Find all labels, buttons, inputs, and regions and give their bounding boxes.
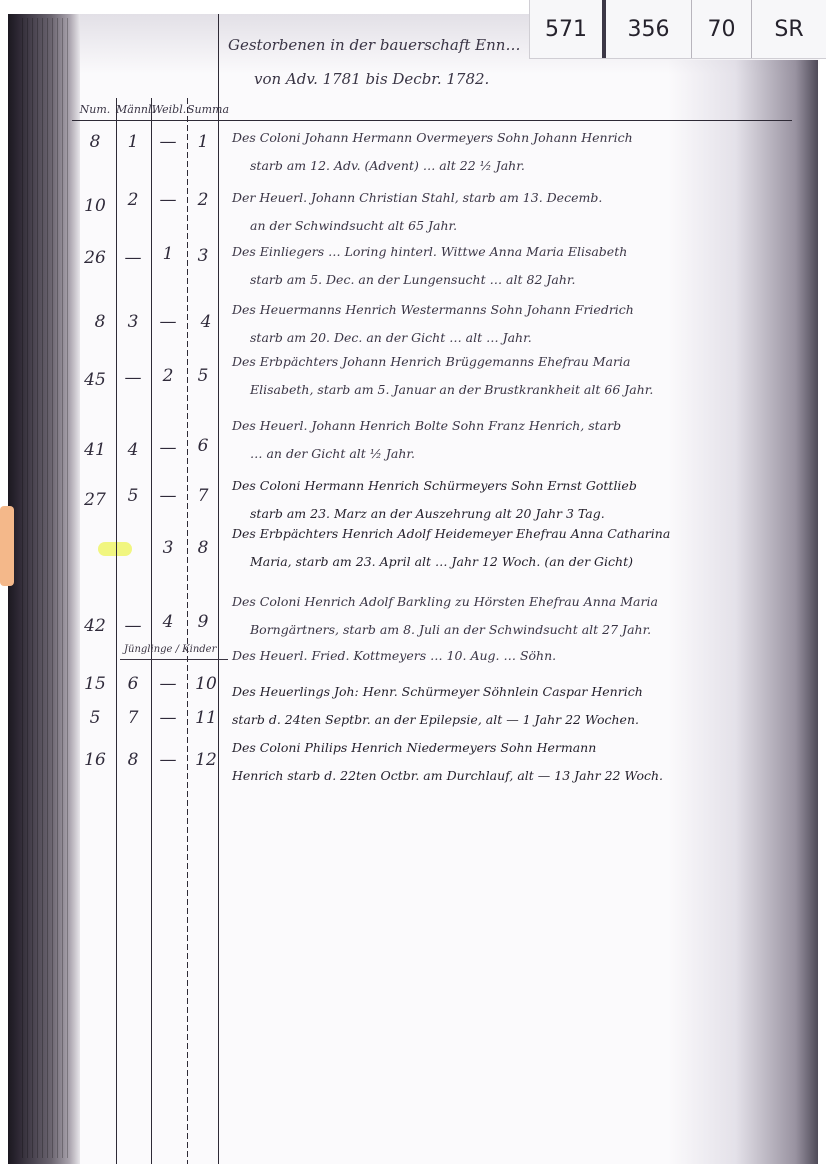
orange-sticky-tab <box>0 506 14 586</box>
row-summa: 10 <box>186 674 226 694</box>
row-weiber: — <box>148 190 188 210</box>
row-num: 45 <box>75 370 115 390</box>
row-weiber: 4 <box>148 612 188 632</box>
entry-line-2: Henrich starb d. 22ten Octbr. am Durchla… <box>232 762 792 790</box>
title-line-2: von Adv. 1781 bis Decbr. 1782. <box>228 62 568 96</box>
archive-tab-2: 356 <box>606 0 692 58</box>
row-summa: 3 <box>183 246 223 266</box>
row-num: 15 <box>75 674 115 694</box>
row-num: 5 <box>75 708 115 728</box>
row-summa: 9 <box>183 612 223 632</box>
entry-line-2: starb d. 24ten Septbr. an der Epilepsie,… <box>232 706 792 734</box>
register-entry: Des Erbpächters Johann Henrich Brüggeman… <box>232 348 792 404</box>
register-entry: Des Heuerl. Johann Henrich Bolte Sohn Fr… <box>232 412 792 468</box>
column-header-weiber: Weibl. <box>151 100 187 120</box>
entry-line-2: Elisabeth, starb am 5. Januar an der Bru… <box>232 376 792 404</box>
entry-line-1: Des Coloni Philips Henrich Niedermeyers … <box>232 734 792 762</box>
row-maenner: 3 <box>113 312 153 332</box>
entry-line-2: starb am 5. Dec. an der Lungensucht … al… <box>232 266 792 294</box>
row-num: 8 <box>75 132 115 152</box>
row-summa: 6 <box>183 436 223 456</box>
row-weiber: — <box>148 750 188 770</box>
entry-line-1: Des Erbpächters Johann Henrich Brüggeman… <box>232 348 792 376</box>
row-weiber: 3 <box>148 538 188 558</box>
row-maenner: — <box>113 616 153 636</box>
column-rule-summa <box>218 120 219 1164</box>
row-num: 27 <box>75 490 115 510</box>
row-summa: 4 <box>186 312 226 332</box>
column-header-maenner: Männl. <box>116 100 151 120</box>
row-maenner: 4 <box>113 440 153 460</box>
row-weiber: — <box>148 312 188 332</box>
subtotal-rule <box>120 659 228 660</box>
entry-line-1: Der Heuerl. Johann Christian Stahl, star… <box>232 184 792 212</box>
register-entry: Des Coloni Johann Hermann Overmeyers Soh… <box>232 124 792 180</box>
row-maenner: 2 <box>113 190 153 210</box>
row-weiber: 1 <box>148 244 188 264</box>
row-summa: 7 <box>183 486 223 506</box>
register-entry: Des Coloni Henrich Adolf Barkling zu Hör… <box>232 588 792 644</box>
entry-line-2: Borngärtners, starb am 8. Juli an der Sc… <box>232 616 792 644</box>
row-summa: 8 <box>183 538 223 558</box>
register-entry: Des Heuerl. Fried. Kottmeyers … 10. Aug.… <box>232 642 792 670</box>
register-entry: Des Erbpächters Henrich Adolf Heidemeyer… <box>232 520 792 576</box>
row-weiber: — <box>148 674 188 694</box>
register-entry: Der Heuerl. Johann Christian Stahl, star… <box>232 184 792 240</box>
entry-line-1: Des Heuerlings Joh: Henr. Schürmeyer Söh… <box>232 678 792 706</box>
book-spine-page-edges <box>22 18 72 1158</box>
archive-tab-4: SR <box>752 0 826 58</box>
row-weiber: 2 <box>148 366 188 386</box>
row-weiber: — <box>148 438 188 458</box>
entry-line-2: starb am 12. Adv. (Advent) … alt 22 ½ Ja… <box>232 152 792 180</box>
row-maenner: 6 <box>113 674 153 694</box>
register-entry: Des Einliegers … Loring hinterl. Wittwe … <box>232 238 792 294</box>
title-line-1: Gestorbenen in der bauerschaft Enn… <box>228 28 568 62</box>
column-header-num: Num. <box>74 100 116 120</box>
row-maenner: 8 <box>113 750 153 770</box>
row-maenner: 1 <box>113 132 153 152</box>
row-summa: 1 <box>183 132 223 152</box>
entry-line-1: Des Heuerl. Johann Henrich Bolte Sohn Fr… <box>232 412 792 440</box>
row-num: 10 <box>75 196 115 216</box>
row-weiber: — <box>148 708 188 728</box>
row-num: 41 <box>75 440 115 460</box>
row-maenner: — <box>113 368 153 388</box>
yellow-highlight-mark <box>98 542 132 556</box>
entry-line-1: Des Heuerl. Fried. Kottmeyers … 10. Aug.… <box>232 642 792 670</box>
row-maenner: — <box>113 248 153 268</box>
header-rule <box>72 120 792 121</box>
entry-line-1: Des Heuermanns Henrich Westermanns Sohn … <box>232 296 792 324</box>
page-title: Gestorbenen in der bauerschaft Enn… von … <box>228 28 568 96</box>
archive-reference-tabs: 571 356 70 SR <box>529 0 826 59</box>
row-summa: 2 <box>183 190 223 210</box>
row-summa: 5 <box>183 366 223 386</box>
entry-line-2: an der Schwindsucht alt 65 Jahr. <box>232 212 792 240</box>
row-summa: 11 <box>186 708 226 728</box>
entry-line-1: Des Erbpächters Henrich Adolf Heidemeyer… <box>232 520 792 548</box>
row-maenner: 5 <box>113 486 153 506</box>
register-entry: Des Coloni Philips Henrich Niedermeyers … <box>232 734 792 790</box>
register-entry: Des Heuermanns Henrich Westermanns Sohn … <box>232 296 792 352</box>
entry-line-2: … an der Gicht alt ½ Jahr. <box>232 440 792 468</box>
register-entry: Des Heuerlings Joh: Henr. Schürmeyer Söh… <box>232 678 792 734</box>
row-num: 16 <box>75 750 115 770</box>
entry-line-1: Des Coloni Hermann Henrich Schürmeyers S… <box>232 472 792 500</box>
entry-line-1: Des Coloni Henrich Adolf Barkling zu Hör… <box>232 588 792 616</box>
row-weiber: — <box>148 486 188 506</box>
entry-line-2: Maria, starb am 23. April alt … Jahr 12 … <box>232 548 792 576</box>
row-maenner: 7 <box>113 708 153 728</box>
column-header-summa: Summa <box>187 100 218 120</box>
row-summa: 12 <box>186 750 226 770</box>
row-weiber: — <box>148 132 188 152</box>
archive-tab-3: 70 <box>692 0 752 58</box>
row-num: 42 <box>75 616 115 636</box>
entry-line-1: Des Coloni Johann Hermann Overmeyers Soh… <box>232 124 792 152</box>
entry-line-1: Des Einliegers … Loring hinterl. Wittwe … <box>232 238 792 266</box>
row-num: 26 <box>75 248 115 268</box>
subtotal-label: Jünglinge / Kinder <box>124 644 216 655</box>
